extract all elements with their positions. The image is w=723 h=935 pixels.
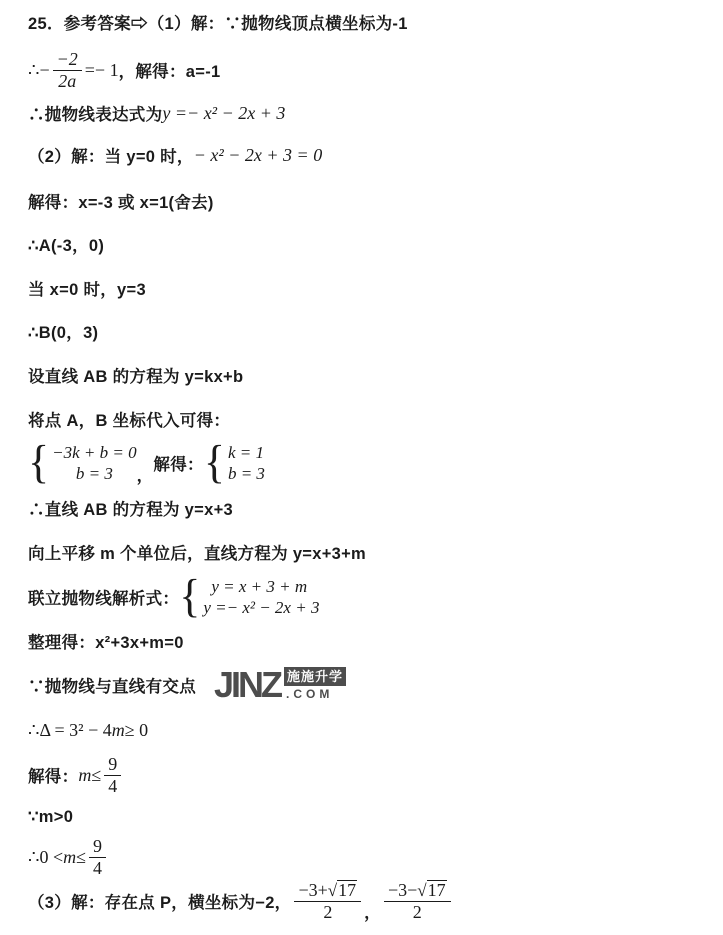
line-vertex-equation: ∴− −2 2a =− 1 ，解得：a=-1 — [28, 47, 220, 93]
line-discriminant: ∴Δ = 3² − 4 m ≥ 0 — [28, 718, 148, 742]
fraction-numerator: −2 — [53, 50, 82, 71]
fraction-numerator: 9 — [104, 755, 121, 776]
variable-m: m — [112, 720, 125, 741]
fraction-denominator: 2 — [323, 902, 332, 922]
radicand: 17 — [427, 880, 447, 900]
line-m-range: ∴0 < m ≤ 9 4 — [28, 835, 109, 879]
comma: ， — [364, 899, 381, 923]
heading-text: 25．参考答案⇨（1）解：∵抛物线顶点横坐标为-1 — [28, 10, 408, 34]
answer-sheet-page: 25．参考答案⇨（1）解：∵抛物线顶点横坐标为-1 ∴− −2 2a =− 1 … — [0, 0, 723, 935]
line-line-ab-result: ∴直线 AB 的方程为 y=x+3 — [28, 496, 233, 520]
roots-text: 解得：x=-3 或 x=1(舍去) — [28, 189, 214, 213]
system-kb: −3k + b = 0 b = 3 — [52, 442, 136, 484]
left-brace: { — [204, 440, 225, 486]
m-positive-text: ∵m>0 — [28, 807, 73, 827]
watermark-column: 施施升学 .COM — [284, 667, 346, 701]
solve-label: 解得： — [28, 763, 78, 787]
simplified-text: 整理得：x²+3x+m=0 — [28, 629, 184, 653]
left-brace: { — [28, 440, 49, 486]
point-a-text: ∴A(-3，0) — [28, 232, 104, 256]
line-simultaneous-system: 联立抛物线解析式： { y = x + 3 + m y =− x² − 2x +… — [28, 572, 319, 622]
line-x0-y3: 当 x=0 时，y=3 — [28, 276, 146, 300]
line-part2-start: （2）解：当 y=0 时， − x² − 2x + 3 = 0 — [28, 143, 322, 167]
fraction-numerator: −3+ √ 17 — [294, 880, 361, 902]
label-text: （2）解：当 y=0 时， — [28, 143, 194, 167]
substitute-text: 将点 A，B 坐标代入可得： — [28, 407, 230, 431]
discriminant-prefix: ∴Δ = 3² − 4 — [28, 720, 112, 741]
point-b-text: ∴B(0，3) — [28, 319, 98, 343]
leq-sign: ≤ — [76, 847, 86, 868]
line-line-ab-setup: 设直线 AB 的方程为 y=kx+b — [28, 363, 243, 387]
radicand: 17 — [337, 880, 357, 900]
quadratic-equation: − x² − 2x + 3 = 0 — [194, 145, 322, 166]
line-point-b: ∴B(0，3) — [28, 319, 98, 343]
label-text: ∴抛物线表达式为 — [28, 101, 162, 125]
variable-m: m — [63, 847, 76, 868]
system-row-2: b = 3 — [52, 463, 136, 484]
fraction-root17-plus: −3+ √ 17 2 — [294, 880, 361, 922]
line-substitute-points: 将点 A，B 坐标代入可得： — [28, 407, 230, 431]
line-simplified: 整理得：x²+3x+m=0 — [28, 629, 184, 653]
fraction-denominator: 2 — [413, 902, 422, 922]
leq-sign: ≤ — [91, 765, 101, 786]
line-parabola-expression: ∴抛物线表达式为 y =− x² − 2x + 3 — [28, 101, 285, 125]
range-prefix: ∴0 < — [28, 847, 63, 868]
line-part3-answer: （3）解：存在点 P，横坐标为−2， −3+ √ 17 2 ， −3− √ 17… — [28, 879, 454, 923]
line-equation-system: { −3k + b = 0 b = 3 ， 解得： { k = 1 b = 3 — [28, 440, 265, 486]
intersection-text: ∵抛物线与直线有交点 — [28, 673, 196, 697]
radical-icon: √ — [417, 882, 426, 900]
fraction-denominator: 4 — [93, 858, 102, 878]
translation-text: 向上平移 m 个单位后，直线方程为 y=x+3+m — [28, 540, 366, 564]
fraction-9-over-4: 9 4 — [104, 755, 121, 796]
fraction-neg2-over-2a: −2 2a — [53, 50, 82, 91]
line-m-positive: ∵m>0 — [28, 805, 73, 829]
watermark: JINZ 施施升学 .COM — [214, 665, 346, 705]
system-row-1: −3k + b = 0 — [52, 442, 136, 463]
solve-a-text: ，解得：a=-1 — [119, 58, 221, 82]
line-point-a: ∴A(-3，0) — [28, 232, 104, 256]
fraction-numerator: −3− √ 17 — [384, 880, 451, 902]
numerator-prefix: −3− — [388, 881, 417, 900]
parabola-formula: y =− x² − 2x + 3 — [162, 103, 285, 124]
comma: ， — [137, 462, 154, 486]
watermark-badge: 施施升学 — [284, 667, 346, 686]
watermark-domain: .COM — [284, 687, 346, 701]
watermark-logo: JINZ — [214, 665, 280, 705]
system-parabola-line: y = x + 3 + m y =− x² − 2x + 3 — [203, 576, 319, 618]
x0-text: 当 x=0 时，y=3 — [28, 276, 146, 300]
discriminant-suffix: ≥ 0 — [125, 720, 148, 741]
line-ab-setup-text: 设直线 AB 的方程为 y=kx+b — [28, 363, 243, 387]
line-translation: 向上平移 m 个单位后，直线方程为 y=x+3+m — [28, 540, 366, 564]
system-row-2: y =− x² − 2x + 3 — [203, 597, 319, 618]
radical-icon: √ — [328, 882, 337, 900]
numerator-prefix: −3+ — [298, 881, 327, 900]
part3-text: （3）解：存在点 P，横坐标为−2， — [28, 889, 291, 913]
math-prefix: ∴− — [28, 60, 50, 81]
solve-label: 解得： — [153, 451, 203, 475]
variable-m: m — [78, 765, 91, 786]
system-row-2: b = 3 — [228, 463, 265, 484]
left-brace: { — [179, 574, 200, 620]
math-equals: =− 1 — [85, 60, 119, 81]
fraction-9-over-4: 9 4 — [89, 837, 106, 878]
fraction-numerator: 9 — [89, 837, 106, 858]
system-row-1: k = 1 — [228, 442, 265, 463]
line-problem-heading: 25．参考答案⇨（1）解：∵抛物线顶点横坐标为-1 — [28, 10, 408, 34]
line-intersection-condition: ∵抛物线与直线有交点 JINZ 施施升学 .COM — [28, 663, 346, 707]
fraction-root17-minus: −3− √ 17 2 — [384, 880, 451, 922]
line-roots: 解得：x=-3 或 x=1(舍去) — [28, 189, 214, 213]
line-m-bound: 解得： m ≤ 9 4 — [28, 753, 124, 797]
simultaneous-label: 联立抛物线解析式： — [28, 585, 179, 609]
system-solution: k = 1 b = 3 — [228, 442, 265, 484]
line-ab-result-text: ∴直线 AB 的方程为 y=x+3 — [28, 496, 233, 520]
fraction-denominator: 4 — [108, 776, 117, 796]
system-row-1: y = x + 3 + m — [203, 576, 319, 597]
fraction-denominator: 2a — [58, 71, 76, 91]
